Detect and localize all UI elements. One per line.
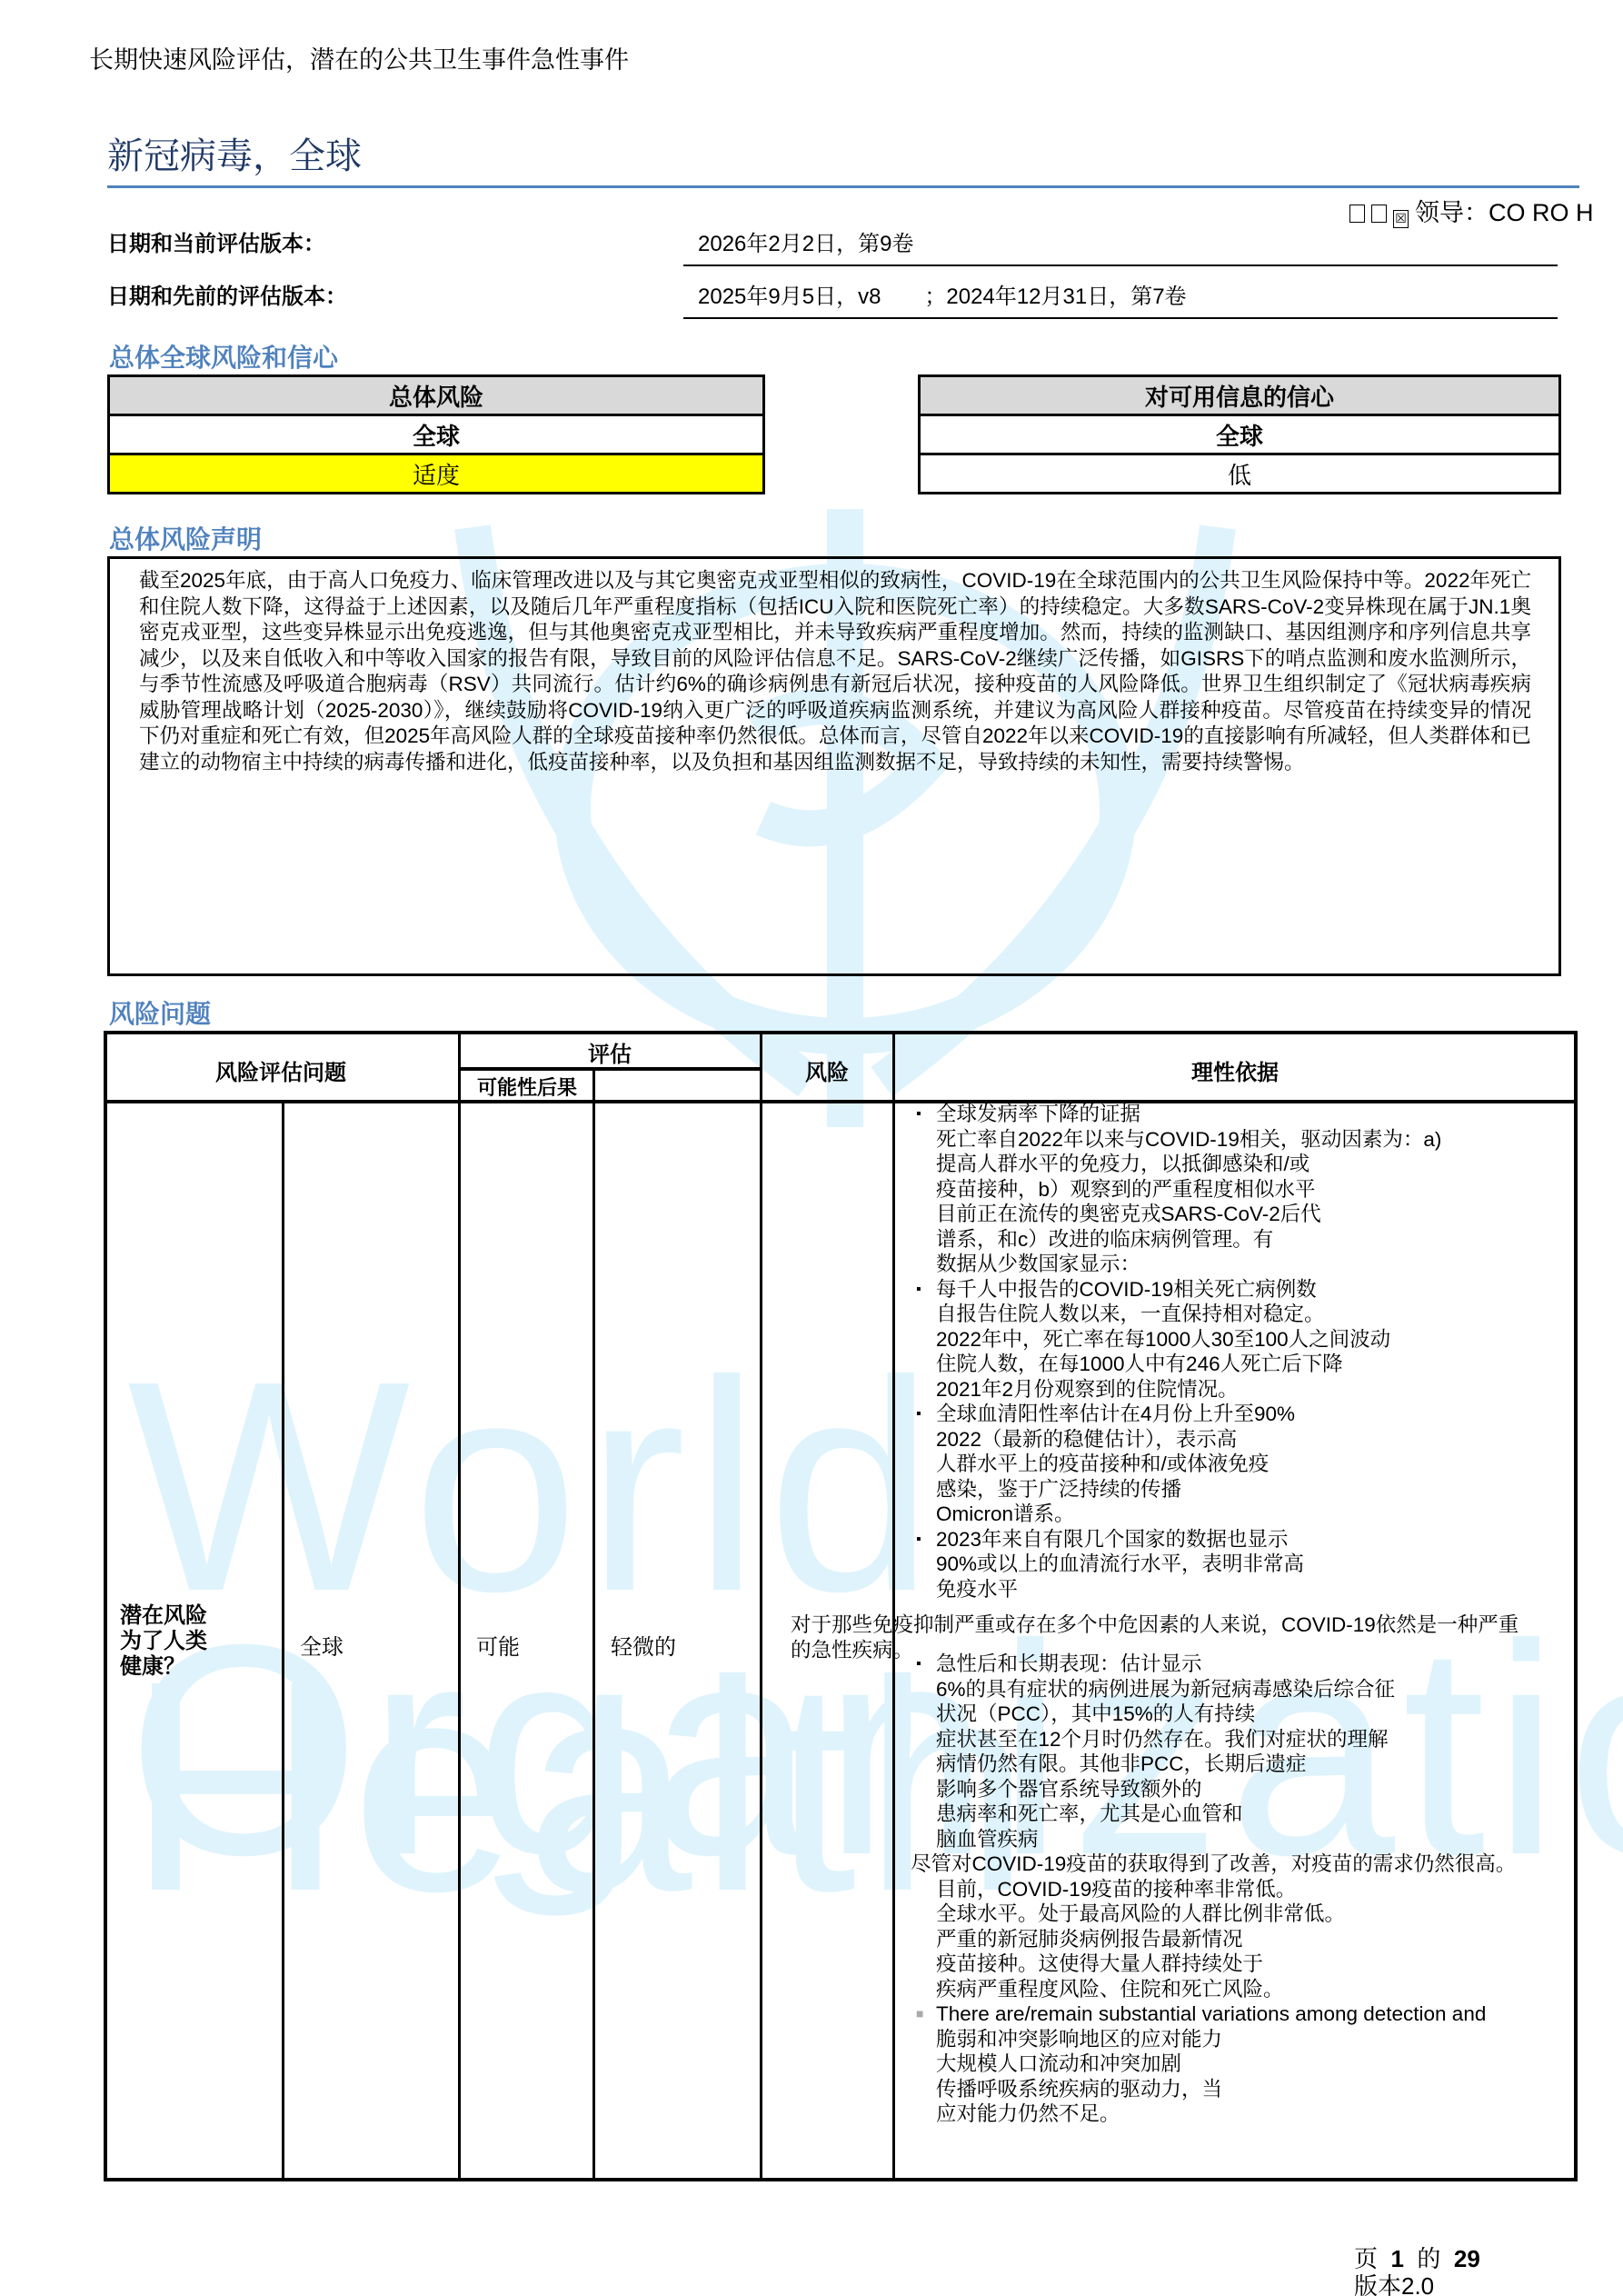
lead-office: ☒领导：CO RO H xyxy=(1349,193,1594,228)
header-question: 风险评估问题 xyxy=(104,1054,458,1086)
confidence-table: 对可用信息的信心 全球 低 xyxy=(918,374,1561,494)
rationale-line: 大规模人口流动和冲突加剧 xyxy=(936,2051,1565,2077)
rationale-line: 全球血清阳性率估计在4月份上升至90% xyxy=(936,1402,1565,1427)
rationale-item: 2023年来自有限几个国家的数据也显示90%或以上的血清流行水平，表明非常高免疫… xyxy=(911,1527,1565,1602)
rationale-line: 2022（最新的稳健估计），表示高 xyxy=(936,1427,1565,1452)
rationale-line: 传播呼吸系统疾病的驱动力，当 xyxy=(936,2077,1565,2102)
rationale-line: 目前，COVID-19疫苗的接种率非常低。 xyxy=(936,1877,1565,1902)
header-assessment: 评估 xyxy=(460,1036,760,1068)
checkbox-ro[interactable] xyxy=(1371,205,1387,223)
rationale-line: 症状甚至在12个月时仍然存在。我们对症状的理解 xyxy=(936,1727,1565,1752)
risk-questions-title: 风险问题 xyxy=(109,994,211,1031)
previous-version-value: 2025年9月5日，v8 ；2024年12月31日，第7卷 xyxy=(683,278,1558,319)
overall-risk-header: 总体风险 xyxy=(109,376,764,415)
rationale-item: 急性后和长期表现：估计显示6%的具有症状的病例进展为新冠病毒感染后综合征状况（P… xyxy=(911,1652,1565,1852)
rationale-item: 每千人中报告的COVID-19相关死亡病例数自报告住院人数以来，一直保持相对稳定… xyxy=(911,1277,1565,1403)
statement-section-title: 总体风险声明 xyxy=(109,520,262,556)
previous-version-label: 日期和先前的评估版本： xyxy=(107,278,347,310)
rationale-line: 住院人数，在每1000人中有246人死亡后下降 xyxy=(936,1352,1565,1377)
rationale-line: 每千人中报告的COVID-19相关死亡病例数 xyxy=(936,1277,1565,1303)
page-title: 新冠病毒，全球 xyxy=(107,127,362,179)
confidence-header: 对可用信息的信心 xyxy=(920,376,1560,415)
risk-statement: 截至2025年底，由于高人口免疫力、临床管理改进以及与其它奥密克戎亚型相似的致病… xyxy=(107,556,1561,976)
row-question: 潜在风险 为了人类 健康？ xyxy=(120,1603,274,1680)
page-footer: 页 1 的 29 版本2.0 xyxy=(1354,2245,1480,2296)
rationale-item: 全球发病率下降的证据死亡率自2022年以来与COVID-19相关，驱动因素为：a… xyxy=(911,1102,1565,1277)
overall-risk-table: 总体风险 全球 适度 xyxy=(107,374,765,494)
rationale-item: 全球血清阳性率估计在4月份上升至90%2022（最新的稳健估计），表示高人群水平… xyxy=(911,1402,1565,1527)
overall-risk-value: 适度 xyxy=(109,454,764,494)
row-scope: 全球 xyxy=(300,1629,344,1661)
document-version: 版本2.0 xyxy=(1354,2272,1480,2296)
rationale-line: 6%的具有症状的病例进展为新冠病毒感染后综合征 xyxy=(936,1677,1565,1702)
rationale-line: 2022年中，死亡率在每1000人30至100人之间波动 xyxy=(936,1327,1565,1353)
rationale-line: 自报告住院人数以来，一直保持相对稳定。 xyxy=(936,1302,1565,1327)
current-version-value: 2026年2月2日，第9卷 xyxy=(683,225,1558,266)
lead-label: 领导：CO RO H xyxy=(1415,199,1594,226)
rationale-line: 患病率和死亡率，尤其是心血管和 xyxy=(936,1802,1565,1827)
rationale-line: 数据从少数国家显示： xyxy=(936,1252,1565,1277)
row-consequence: 轻微的 xyxy=(611,1629,676,1661)
rationale-line: 疫苗接种。这使得大量人群持续处于 xyxy=(936,1952,1565,1977)
overall-section-title: 总体全球风险和信心 xyxy=(109,338,338,374)
header-rationale: 理性依据 xyxy=(894,1054,1576,1086)
rationale-line: 人群水平上的疫苗接种和/或体液免疫 xyxy=(936,1452,1565,1477)
rationale-line: 尽管对COVID-19疫苗的获取得到了改善，对疫苗的需求仍然很高。 xyxy=(911,1852,1565,1877)
checkbox-co[interactable] xyxy=(1349,205,1365,223)
rationale-line: 疾病严重程度风险、住院和死亡风险。 xyxy=(936,1977,1565,2002)
page-number: 页 1 的 29 xyxy=(1354,2245,1480,2272)
confidence-scope: 全球 xyxy=(920,415,1560,454)
rationale-line: 状况（PCC），其中15%的人有持续 xyxy=(936,1702,1565,1727)
rationale-line: 病情仍然有限。其他非PCC，长期后遗症 xyxy=(936,1752,1565,1777)
overall-risk-scope: 全球 xyxy=(109,415,764,454)
rationale-line: 死亡率自2022年以来与COVID-19相关，驱动因素为：a) xyxy=(936,1127,1565,1153)
rationale-line: 2023年来自有限几个国家的数据也显示 xyxy=(936,1527,1565,1552)
header-risk: 风险 xyxy=(762,1054,892,1086)
rationale-line: 脑血管疾病 xyxy=(936,1827,1565,1852)
current-version-label: 日期和当前评估版本： xyxy=(107,225,325,257)
rationale-line: 提高人群水平的免疫力，以抵御感染和/或 xyxy=(936,1152,1565,1177)
rationale-item: 尽管对COVID-19疫苗的获取得到了改善，对疫苗的需求仍然很高。目前，COVI… xyxy=(911,1852,1565,2002)
rationale-line: Omicron谱系。 xyxy=(936,1502,1565,1527)
rationale-line: 严重的新冠肺炎病例报告最新情况 xyxy=(936,1927,1565,1952)
rationale-line: 2021年2月份观察到的住院情况。 xyxy=(936,1377,1565,1403)
rationale-item: There are/remain substantial variations … xyxy=(911,2002,1565,2127)
rationale-line: 感染，鉴于广泛持续的传播 xyxy=(936,1477,1565,1502)
row-rationale-overflow: 对于那些免疫抑制严重或存在多个中危因素的人来说，COVID-19依然是一种严重的… xyxy=(791,1612,1536,1662)
title-divider xyxy=(107,185,1579,188)
rationale-line: 全球水平。处于最高风险的人群比例非常低。 xyxy=(936,1902,1565,1927)
rationale-line: 应对能力仍然不足。 xyxy=(936,2101,1565,2127)
rationale-line: 脆弱和冲突影响地区的应对能力 xyxy=(936,2027,1565,2052)
header-likelihood-consequence: 可能性后果 xyxy=(462,1073,592,1101)
rationale-line: 疫苗接种，b）观察到的严重程度相似水平 xyxy=(936,1177,1565,1203)
row-likelihood: 可能 xyxy=(476,1629,520,1661)
rationale-line: There are/remain substantial variations … xyxy=(936,2002,1565,2027)
rationale-line: 谱系，和c）改进的临床病例管理。有 xyxy=(936,1227,1565,1253)
rationale-line: 全球发病率下降的证据 xyxy=(936,1102,1565,1127)
confidence-value: 低 xyxy=(920,454,1560,494)
rationale-line: 免疫水平 xyxy=(936,1577,1565,1602)
rationale-line: 目前正在流传的奥密克戎SARS-CoV-2后代 xyxy=(936,1202,1565,1227)
rationale-line: 影响多个器官系统导致额外的 xyxy=(936,1777,1565,1802)
rationale-line: 90%或以上的血清流行水平，表明非常高 xyxy=(936,1552,1565,1577)
document-header: 长期快速风险评估，潜在的公共卫生事件急性事件 xyxy=(89,40,629,75)
